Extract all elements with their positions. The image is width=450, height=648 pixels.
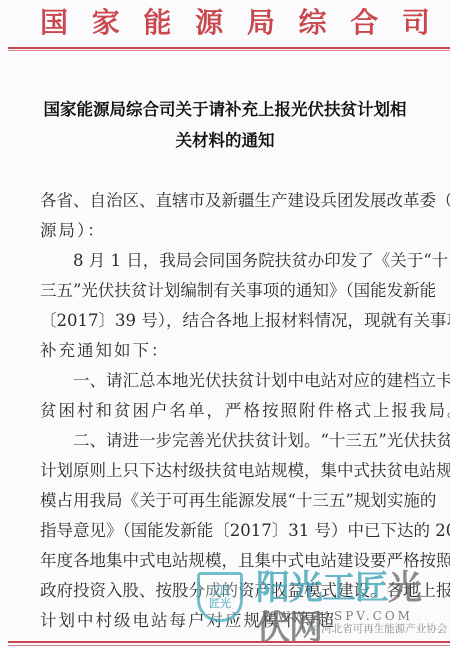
body-line: 贫困村和贫困户名单，严格按照附件格式上报我局。 xyxy=(40,400,420,422)
association-name: 河北省可再生能源产业协会 xyxy=(321,621,447,636)
body-line: 指导意见》（国能发新能〔2017〕31 号）中已下达的 2017 xyxy=(40,520,420,542)
letterhead-char: 源 xyxy=(195,6,223,40)
body-line: 补充通知如下： xyxy=(40,340,420,362)
document-title-line-1: 国家能源局综合司关于请补充上报光伏扶贫计划相 xyxy=(30,96,420,120)
watermark-brand-teal: 阳光工匠 xyxy=(256,568,388,608)
watermark-association: ✲ 河北省可再生能源产业协会 xyxy=(308,621,447,636)
body-line: 二、请进一步完善光伏扶贫计划。“十三五”光伏扶贫 xyxy=(73,430,420,452)
watermark-badge-text: 匠光 xyxy=(209,597,231,610)
body-line: 源局）： xyxy=(40,220,420,242)
letterhead-char: 合 xyxy=(350,6,378,40)
issuer-letterhead: 国 家 能 源 局 综 合 司 xyxy=(40,6,430,40)
body-line: 计划原则上只下达村级扶贫电站规模，集中式扶贫电站规 xyxy=(40,460,420,482)
body-line: 8 月 1 日，我局会同国务院扶贫办印发了《关于“十 xyxy=(73,250,420,272)
body-line: 〔2017〕39 号），结合各地上报材料情况，现就有关事项 xyxy=(40,310,420,332)
letterhead-char: 国 xyxy=(40,6,68,40)
document-title-line-2: 关材料的通知 xyxy=(30,127,420,151)
watermark-badge-text: 工匠 xyxy=(209,584,231,597)
footer-divider xyxy=(8,641,450,646)
letterhead-char: 局 xyxy=(247,6,275,40)
body-line: 各省、自治区、直辖市及新疆生产建设兵团发展改革委（能 xyxy=(40,190,420,212)
body-line: 三五”光伏扶贫计划编制有关事项的通知》（国能发新能 xyxy=(40,280,420,302)
letterhead-char: 家 xyxy=(92,6,120,40)
letterhead-char: 司 xyxy=(402,6,430,40)
letterhead-char: 能 xyxy=(143,6,171,40)
letterhead-char: 综 xyxy=(299,6,327,40)
body-line: 一、请汇总本地光伏扶贫计划中电站对应的建档立卡 xyxy=(73,370,420,392)
watermark-shield-icon: 工匠 匠光 xyxy=(197,572,243,622)
body-line: 模占用我局《关于可再生能源发展“十三五”规划实施的 xyxy=(40,490,420,512)
wechat-icon: ✲ xyxy=(308,622,317,635)
letterhead-divider xyxy=(8,47,450,51)
watermark-brand: 阳光工匠光伏网 xyxy=(256,568,450,648)
